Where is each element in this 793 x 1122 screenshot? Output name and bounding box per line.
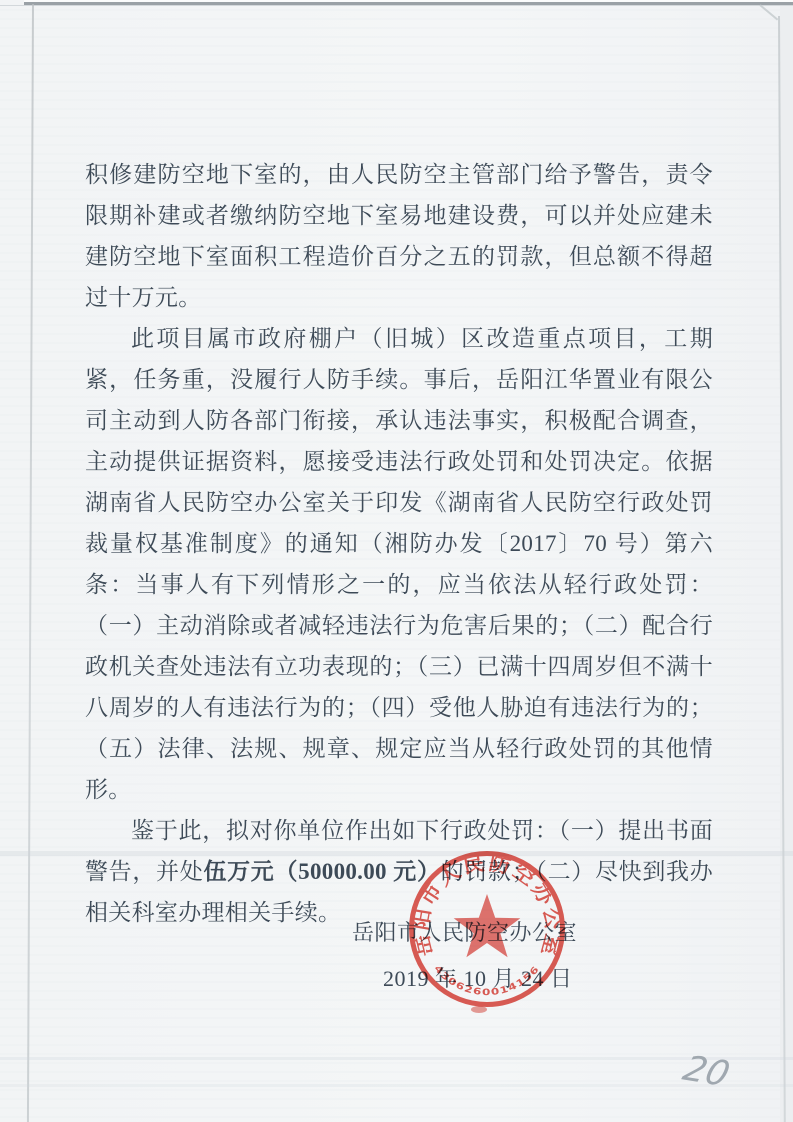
seal-smudge xyxy=(471,1006,487,1013)
scanner-top-edge xyxy=(0,0,793,6)
seal-star-icon xyxy=(454,894,521,957)
official-seal: 岳阳市人民防空办公室 4306260014156 xyxy=(405,847,569,1011)
scanner-top-notch xyxy=(0,0,24,5)
scan-streak xyxy=(0,1057,793,1060)
paragraph-proposed-penalty: 鉴于此，拟对你单位作出如下行政处罚：（一）提出书面警告，并处伍万元（50000.… xyxy=(85,810,713,933)
document-body: 积修建防空地下室的，由人民防空主管部门给予警告，责令限期补建或者缴纳防空地下室易… xyxy=(85,154,713,933)
paragraph-mitigating-circumstances: 此项目属市政府棚户（旧城）区改造重点项目，工期紧，任务重，没履行人防手续。事后，… xyxy=(85,318,713,810)
page-crease-left xyxy=(27,4,34,1122)
page-corner-fold xyxy=(759,4,778,20)
paragraph-penalty-basis: 积修建防空地下室的，由人民防空主管部门给予警告，责令限期补建或者缴纳防空地下室易… xyxy=(85,154,713,318)
scan-streak xyxy=(0,1084,793,1087)
scanned-document-page: 积修建防空地下室的，由人民防空主管部门给予警告，责令限期补建或者缴纳防空地下室易… xyxy=(0,0,793,1122)
handwritten-page-number: 20 xyxy=(678,1049,734,1095)
